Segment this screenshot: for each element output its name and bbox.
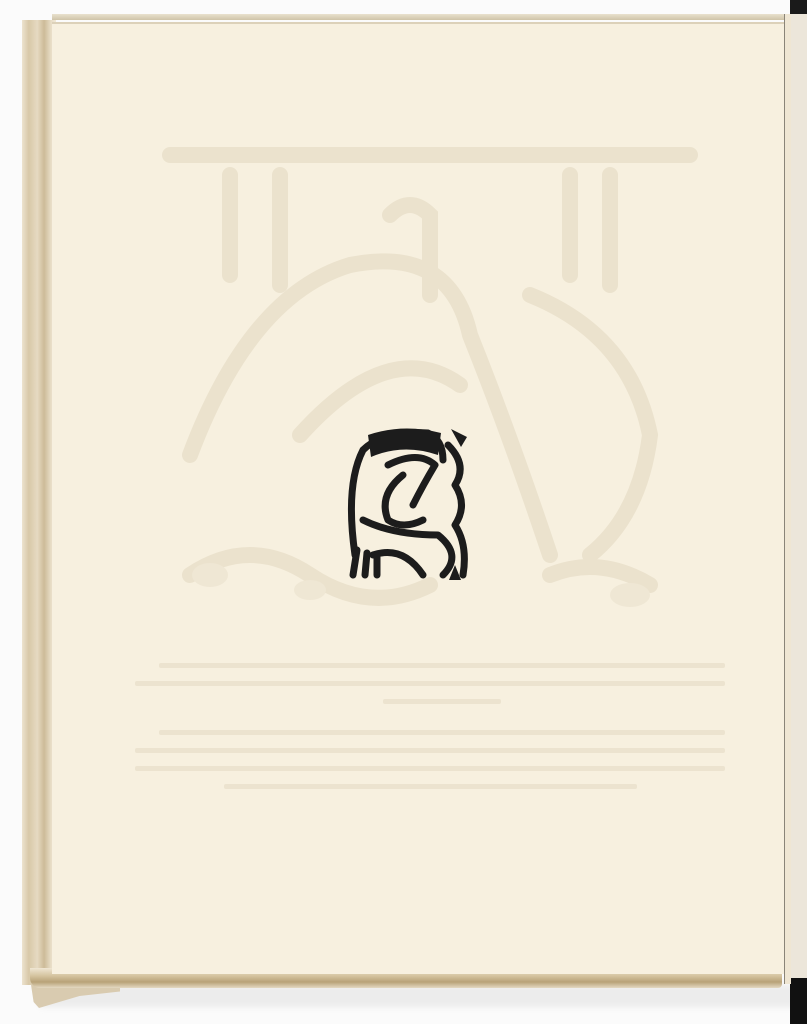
woodcut-figure-icon: [343, 425, 473, 583]
gutter: [784, 14, 791, 984]
scanner-edge-top: [790, 0, 807, 14]
page-shadow: [40, 985, 800, 1007]
show-through-text: [135, 650, 725, 802]
scanner-edge-bottom: [790, 978, 807, 1024]
top-edge: [52, 14, 784, 20]
adjacent-page: [790, 14, 807, 978]
fore-edge: [22, 20, 56, 985]
